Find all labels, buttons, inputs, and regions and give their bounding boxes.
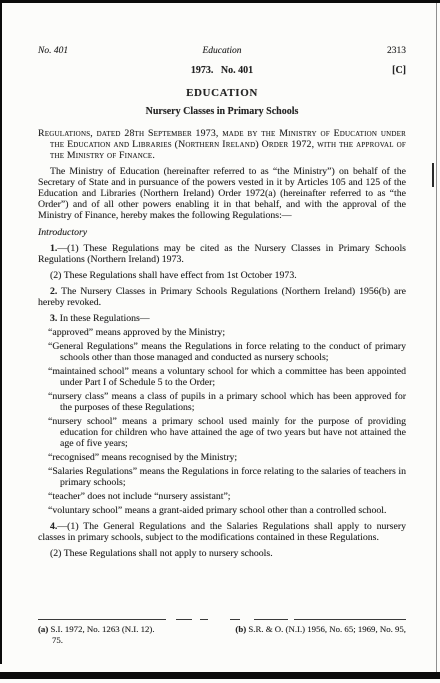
footnote-a-marker: (a) (38, 624, 48, 634)
classification-mark: [C] (392, 65, 406, 76)
issue-year-number: 1973. No. 401 (191, 65, 253, 76)
scan-border-bottom (0, 672, 440, 679)
regulation-1-paragraph-1: 1.—(1) These Regulations may be cited as… (38, 243, 406, 265)
running-head-page-number: 2313 (316, 46, 406, 57)
running-head: No. 401 Education 2313 (38, 46, 406, 57)
regulation-3-paragraph: 3. In these Regulations— (38, 313, 406, 324)
footnote-a-text: S.I. 1972, No. 1263 (N.I. 12). (48, 624, 154, 634)
footnote-a: (a) S.I. 1972, No. 1263 (N.I. 12). (38, 624, 155, 635)
regulation-1-text: —(1) These Regulations may be cited as t… (38, 243, 406, 265)
footnote-b: (b) S.R. & O. (N.I.) 1956, No. 65; 1969,… (235, 624, 406, 635)
definition-nursery-school: “nursery school” means a primary school … (38, 416, 406, 449)
footnote-b-marker: (b) (235, 624, 246, 634)
definition-recognised: “recognised” means recognised by the Min… (38, 452, 406, 463)
regulation-4-paragraph-1: 4.—(1) The General Regulations and the S… (38, 521, 406, 543)
definition-maintained-school: “maintained school” means a voluntary sc… (38, 366, 406, 388)
regulation-1-paragraph-2: (2) These Regulations shall have effect … (38, 270, 406, 281)
scan-border-left (0, 0, 2, 664)
footnotes-section: (a) S.I. 1972, No. 1263 (N.I. 12). (b) S… (38, 618, 406, 646)
regulation-2-text: The Nursery Classes in Primary Schools R… (38, 286, 406, 308)
footnote-line-1: (a) S.I. 1972, No. 1263 (N.I. 12). (b) S… (38, 624, 406, 635)
definition-nursery-class: “nursery class” means a class of pupils … (38, 391, 406, 413)
document-title: Nursery Classes in Primary Schools (38, 106, 406, 118)
regulation-4-text: —(1) The General Regulations and the Sal… (38, 521, 406, 543)
scanned-document-page: No. 401 Education 2313 1973. No. 401 [C]… (0, 0, 440, 683)
scan-artifact-mark (432, 163, 434, 187)
footnote-rule (38, 618, 406, 621)
issue-line: 1973. No. 401 [C] (38, 65, 406, 76)
regulation-3-text: In these Regulations— (57, 313, 149, 324)
definition-general-regulations: “General Regulations” means the Regulati… (38, 341, 406, 363)
definition-voluntary-school: “voluntary school” means a grant-aided p… (38, 505, 406, 516)
subject-heading: EDUCATION (38, 87, 406, 100)
definition-approved: “approved” means approved by the Ministr… (38, 327, 406, 338)
definition-salaries-regulations: “Salaries Regulations” means the Regulat… (38, 466, 406, 488)
regulation-2-paragraph: 2. The Nursery Classes in Primary School… (38, 286, 406, 308)
regulation-4-paragraph-2: (2) These Regulations shall not apply to… (38, 548, 406, 559)
crosshead-introductory: Introductory (38, 227, 406, 238)
footnote-continuation: 75. (38, 635, 406, 646)
document-content: No. 401 Education 2313 1973. No. 401 [C]… (38, 46, 406, 559)
running-head-subject: Education (128, 46, 316, 57)
opening-paragraph: The Ministry of Education (hereinafter r… (38, 166, 406, 221)
definition-teacher: “teacher” does not include “nursery assi… (38, 491, 406, 502)
running-head-number: No. 401 (38, 46, 128, 57)
preamble-paragraph: Regulations, dated 28th September 1973, … (38, 128, 406, 161)
footnote-b-text: S.R. & O. (N.I.) 1956, No. 65; 1969, No.… (246, 624, 406, 634)
scan-border-right (436, 3, 437, 672)
scan-border-top (0, 0, 440, 3)
